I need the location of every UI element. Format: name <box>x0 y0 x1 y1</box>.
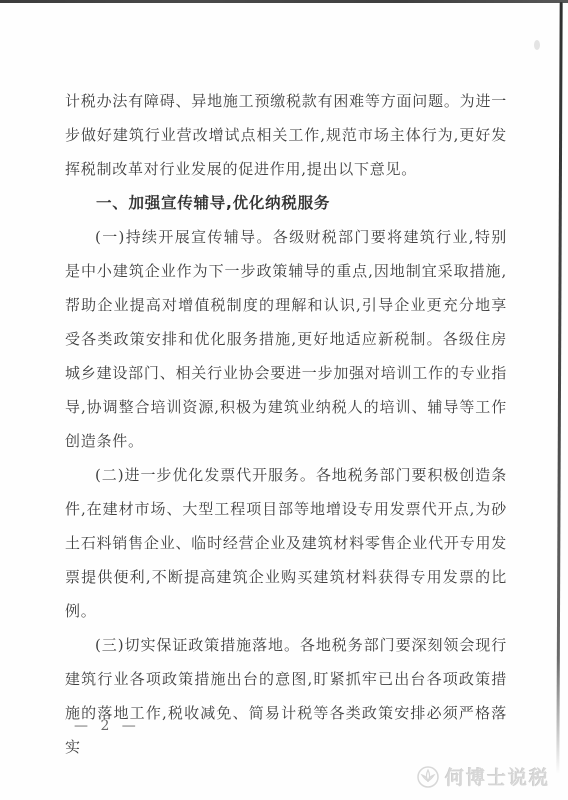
watermark: 何博士说税 <box>417 763 550 790</box>
scan-smudge-artifact <box>534 40 540 50</box>
scan-edge-right-artifact <box>556 2 562 774</box>
paragraph-item-1: (一)持续开展宣传辅导。各级财税部门要将建筑行业,特别是中小建筑企业作为下一步政… <box>65 220 507 458</box>
page-number: — 2 — <box>74 718 140 734</box>
document-body: 计税办法有障碍、异地施工预缴税款有困难等方面问题。为进一步做好建筑行业营改增试点… <box>65 84 507 764</box>
paragraph-item-2: (二)进一步优化发票代开服务。各地税务部门要积极创造条件,在建材市场、大型工程项… <box>65 458 507 628</box>
paragraph-continuation: 计税办法有障碍、异地施工预缴税款有困难等方面问题。为进一步做好建筑行业营改增试点… <box>65 84 507 186</box>
lotus-circle-logo-icon <box>417 766 439 788</box>
scanned-document-page: 计税办法有障碍、异地施工预缴税款有困难等方面问题。为进一步做好建筑行业营改增试点… <box>0 0 568 800</box>
section-heading: 一、加强宣传辅导,优化纳税服务 <box>65 186 507 220</box>
watermark-text: 何博士说税 <box>445 763 550 790</box>
paragraph-item-3: (三)切实保证政策措施落地。各地税务部门要深刻领会现行建筑行业各项政策措施出台的… <box>65 628 507 764</box>
scan-edge-top-artifact <box>0 0 568 3</box>
